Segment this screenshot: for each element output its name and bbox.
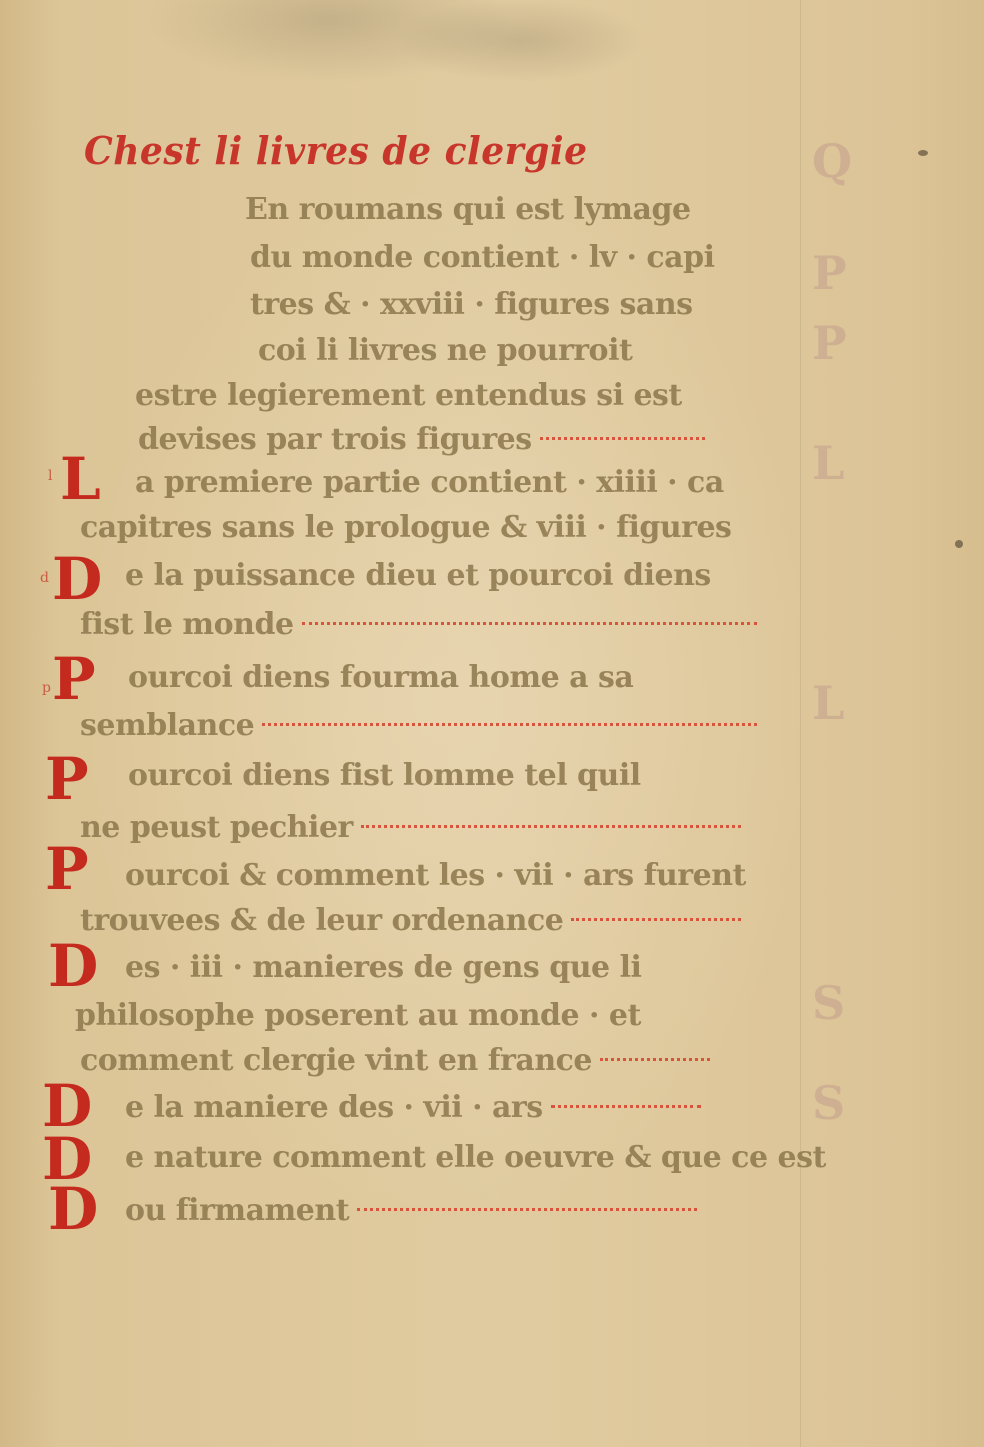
showthrough-letter: P bbox=[812, 250, 847, 296]
initial-P: P bbox=[45, 840, 89, 898]
toc-line: e la puissance dieu et pourcoi diens bbox=[125, 558, 711, 593]
intro-line-text: devises par trois figures bbox=[138, 422, 532, 457]
line-filler bbox=[540, 437, 705, 446]
guide-letter: l bbox=[48, 468, 52, 484]
intro-line: du monde contient · lv · capi bbox=[250, 240, 714, 275]
toc-line: semblance bbox=[80, 708, 757, 743]
toc-line: a premiere partie contient · xiiii · ca bbox=[135, 465, 724, 500]
guide-letter: d bbox=[40, 570, 49, 586]
toc-line: e nature comment elle oeuvre & que ce es… bbox=[125, 1140, 826, 1175]
showthrough-letter: Q bbox=[812, 138, 852, 184]
stain-spot bbox=[955, 540, 963, 548]
guide-letter: p bbox=[42, 680, 51, 696]
line-filler bbox=[302, 622, 757, 631]
line-filler bbox=[357, 1208, 697, 1217]
initial-D: D bbox=[48, 1180, 98, 1238]
toc-line: philosophe poserent au monde · et bbox=[75, 998, 641, 1033]
toc-line: ou firmament bbox=[125, 1193, 697, 1228]
toc-line: ne peust pechier bbox=[80, 810, 741, 845]
ruling-line bbox=[800, 0, 801, 1447]
toc-line-text: fist le monde bbox=[80, 607, 294, 642]
toc-line-text: comment clergie vint en france bbox=[80, 1043, 592, 1078]
line-filler bbox=[600, 1058, 710, 1067]
initial-P: P bbox=[45, 750, 89, 808]
stain-spot bbox=[918, 150, 928, 156]
toc-line-text: trouvees & de leur ordenance bbox=[80, 903, 563, 938]
line-filler bbox=[571, 918, 741, 927]
initial-D: D bbox=[52, 550, 102, 608]
line-filler bbox=[551, 1105, 701, 1114]
line-filler bbox=[361, 825, 741, 834]
toc-line: ourcoi diens fourma home a sa bbox=[128, 660, 633, 695]
toc-line-text: e la maniere des · vii · ars bbox=[125, 1090, 543, 1125]
toc-line: ourcoi diens fist lomme tel quil bbox=[128, 758, 641, 793]
manuscript-page: Q P P L L S S Chest li livres de clergie… bbox=[0, 0, 984, 1447]
toc-line: ourcoi & comment les · vii · ars furent bbox=[125, 858, 746, 893]
intro-line: devises par trois figures bbox=[138, 422, 705, 457]
initial-D: D bbox=[48, 937, 98, 995]
showthrough-letter: L bbox=[812, 680, 844, 726]
intro-line: tres & · xxviii · figures sans bbox=[250, 287, 693, 322]
toc-line-text: ou firmament bbox=[125, 1193, 349, 1228]
toc-line: comment clergie vint en france bbox=[80, 1043, 710, 1078]
toc-line: e la maniere des · vii · ars bbox=[125, 1090, 701, 1125]
toc-line: trouvees & de leur ordenance bbox=[80, 903, 741, 938]
showthrough-letter: L bbox=[812, 440, 844, 486]
toc-line: capitres sans le prologue & viii · figur… bbox=[80, 510, 731, 545]
intro-line: En roumans qui est lymage bbox=[245, 192, 691, 227]
intro-line: estre legierement entendus si est bbox=[135, 378, 682, 413]
showthrough-letter: S bbox=[812, 980, 845, 1026]
initial-L: L bbox=[60, 450, 101, 508]
toc-line: fist le monde bbox=[80, 607, 757, 642]
showthrough-letter: S bbox=[812, 1080, 845, 1126]
line-filler bbox=[262, 723, 757, 732]
toc-line: es · iii · manieres de gens que li bbox=[125, 950, 641, 985]
intro-line: coi li livres ne pourroit bbox=[258, 333, 632, 368]
showthrough-letter: P bbox=[812, 320, 847, 366]
initial-P: P bbox=[52, 650, 96, 708]
toc-line-text: semblance bbox=[80, 708, 254, 743]
rubric-title: Chest li livres de clergie bbox=[84, 128, 588, 173]
toc-line-text: ne peust pechier bbox=[80, 810, 353, 845]
